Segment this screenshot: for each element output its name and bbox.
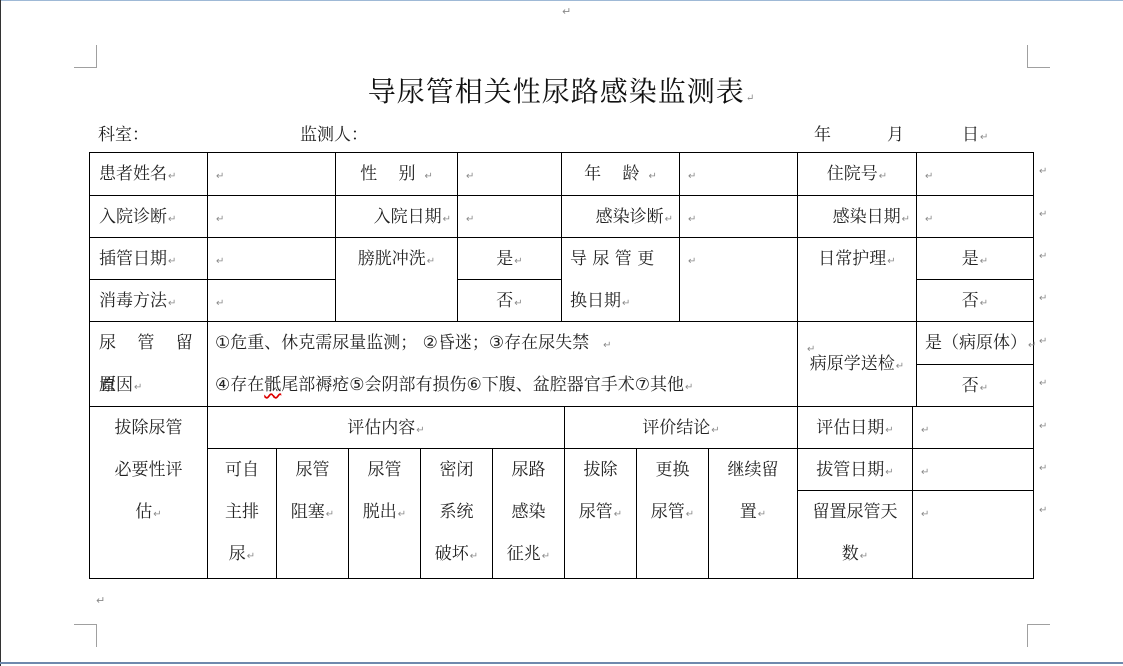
pathogen-test-yes-option[interactable]: 是（病原体）↵ [916,321,1034,365]
eval-content-header: 评估内容↵ [207,406,565,449]
month-label: 月 [887,120,904,145]
patient-name-label: 患者姓名↵ [89,152,208,196]
admission-diagnosis-field[interactable]: ↵ [207,195,336,238]
margin-corner-top-left [74,45,97,68]
disinfection-method-label: 消毒方法↵ [89,279,208,322]
removal-date-label: 拔管日期↵ [797,448,913,491]
eval-item-obstruction[interactable]: 尿管 阻塞↵ [276,448,349,579]
retention-reason-options[interactable]: ①危重、休克需尿量监测； ②昏迷；③存在尿失禁↵ ④存在骶尾部褥疮⑤会阴部有损伤… [207,321,798,407]
retention-reason-label: 尿 管 留 置 原因↵ [89,321,208,407]
window-top-border [0,0,1123,1]
margin-corner-bottom-left [74,624,97,647]
removal-date-field[interactable]: ↵ [912,448,1034,491]
age-label: 年 龄↵ [561,152,680,196]
admission-date-field[interactable]: ↵ [457,195,562,238]
daily-care-yes-option[interactable]: 是↵ [916,237,1034,280]
patient-name-field[interactable]: ↵ [207,152,336,196]
daily-care-no-option[interactable]: 否↵ [916,279,1034,322]
paragraph-mark-icon: ↵ [980,132,988,143]
year-label: 年 [814,120,831,145]
bladder-irrigation-no-option[interactable]: 否↵ [457,279,562,322]
margin-corner-top-right [1027,45,1050,68]
admission-date-label: 入院日期↵ [335,195,458,238]
disinfection-method-field[interactable]: ↵ [207,279,336,322]
paragraph-mark-icon: ↵ [96,594,105,607]
eval-date-field[interactable]: ↵ [912,406,1034,449]
admission-diagnosis-label: 入院诊断↵ [89,195,208,238]
infection-date-field[interactable]: ↵ [916,195,1034,238]
removal-necessity-label: 拔除尿管 必要性评 估↵ [89,406,208,579]
row-end-mark: ↵ [1039,336,1047,347]
admission-number-field[interactable]: ↵ [916,152,1034,196]
row-end-mark: ↵ [1039,421,1047,432]
monitor-label: 监测人： [300,120,368,145]
bladder-irrigation-yes-option[interactable]: 是↵ [457,237,562,280]
admission-number-label: 住院号↵ [797,152,917,196]
margin-corner-bottom-right [1027,624,1050,647]
catheter-change-date-field[interactable]: ↵ [679,237,798,322]
infection-diagnosis-label: 感染诊断↵ [561,195,680,238]
department-label: 科室： [98,120,149,145]
row-end-mark: ↵ [1039,293,1047,304]
row-end-mark: ↵ [1039,505,1047,516]
pathogen-test-label: ↵ 病原学送检↵ [797,321,917,407]
window-bottom-border [0,662,1123,664]
row-end-mark: ↵ [1039,251,1047,262]
conclusion-replace-catheter[interactable]: 更换 尿管↵ [636,448,709,579]
conclusion-remove-catheter[interactable]: 拔除 尿管↵ [564,448,637,579]
gender-field[interactable]: ↵ [457,152,562,196]
pathogen-test-no-option[interactable]: 否↵ [916,364,1034,407]
row-end-mark: ↵ [1039,463,1047,474]
gender-label: 性 别↵ [335,152,458,196]
infection-date-label: 感染日期↵ [797,195,917,238]
eval-item-dislodged[interactable]: 尿管 脱出↵ [348,448,421,579]
paragraph-mark-icon: ↵ [746,93,755,104]
retention-days-label: 留置尿管天 数↵ [797,490,913,579]
day-label: 日↵ [962,120,988,145]
retention-days-field[interactable]: ↵ [912,490,1034,579]
row-end-mark: ↵ [1039,209,1047,220]
catheter-change-date-label: 导 尿 管 更 换日期↵ [561,237,680,322]
eval-item-self-void[interactable]: 可自 主排 尿↵ [207,448,277,579]
paragraph-mark-icon: ↵ [562,5,571,18]
age-field[interactable]: ↵ [679,152,798,196]
spellcheck-underline: 骶 [264,375,281,395]
eval-item-uti-signs[interactable]: 尿路 感染 征兆↵ [492,448,565,579]
document-title[interactable]: 导尿管相关性尿路感染监测表↵ [0,70,1123,110]
row-end-mark: ↵ [1039,166,1047,177]
eval-date-label: 评估日期↵ [797,406,913,449]
row-end-mark: ↵ [1039,378,1047,389]
catheter-date-field[interactable]: ↵ [207,237,336,280]
eval-item-closed-system-broken[interactable]: 密闭 系统 破坏↵ [420,448,493,579]
conclusion-continue-retention[interactable]: 继续留 置↵ [708,448,798,579]
catheter-date-label: 插管日期↵ [89,237,208,280]
infection-diagnosis-field[interactable]: ↵ [679,195,798,238]
eval-conclusion-header: 评价结论↵ [564,406,798,449]
bladder-irrigation-label: 膀胱冲洗↵ [335,237,458,322]
